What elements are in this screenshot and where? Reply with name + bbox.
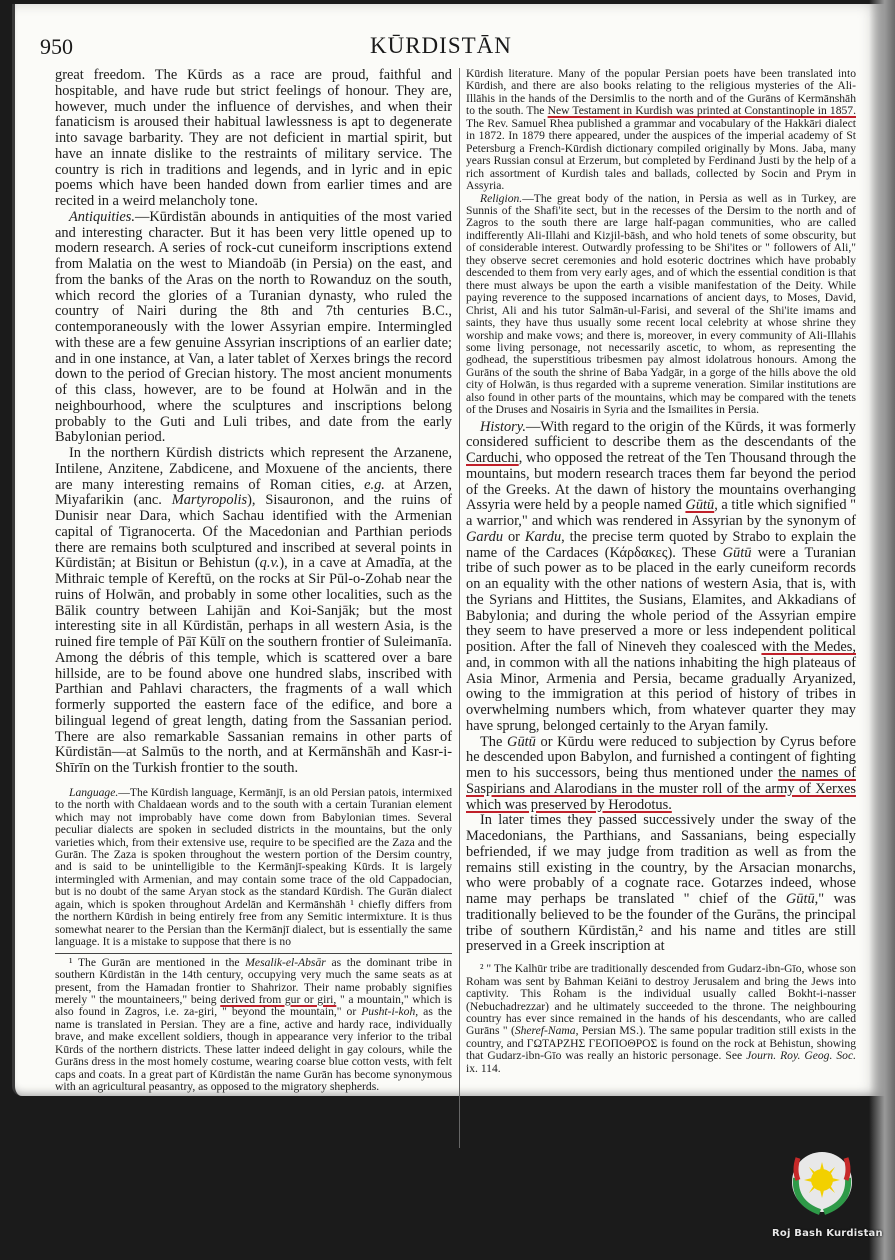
right-column: Kūrdish literature. Many of the popular … bbox=[466, 68, 856, 1075]
highlighted-phrase: with the Medes, bbox=[761, 639, 856, 655]
paragraph-northern-districts: In the northern Kūrdish districts which … bbox=[55, 446, 452, 777]
highlighted-phrase: derived from gur or giri, bbox=[220, 993, 336, 1006]
left-column: great freedom. The Kūrds as a race are p… bbox=[55, 68, 452, 1094]
watermark-text: Roj Bash Kurdistan bbox=[772, 1228, 883, 1239]
page-edge-shadow bbox=[869, 0, 895, 1260]
section-heading-language: Language. bbox=[69, 786, 118, 799]
page-number: 950 bbox=[40, 34, 73, 60]
section-heading-antiquities: Antiquities. bbox=[69, 209, 135, 225]
kurdistan-sun-emblem-icon bbox=[786, 1148, 858, 1220]
footnote-rule bbox=[55, 953, 452, 954]
highlighted-phrase: Carduchi bbox=[466, 450, 519, 466]
paragraph-character: great freedom. The Kūrds as a race are p… bbox=[55, 68, 452, 210]
paragraph-religion: Religion.—The great body of the nation, … bbox=[466, 193, 856, 417]
paragraph-language: Language.—The Kūrdish language, Kermānjī… bbox=[55, 787, 452, 949]
highlighted-phrase: Gūtū bbox=[685, 497, 714, 513]
paragraph-cyrus: The Gūtū or Kūrdu were reduced to subjec… bbox=[466, 735, 856, 814]
section-heading-religion: Religion. bbox=[480, 192, 522, 205]
paragraph-literature: Kūrdish literature. Many of the popular … bbox=[466, 68, 856, 193]
paragraph-history: History.—With regard to the origin of th… bbox=[466, 420, 856, 735]
paragraph-antiquities: Antiquities.—Kūrdistān abounds in antiqu… bbox=[55, 210, 452, 446]
column-divider bbox=[459, 68, 460, 1148]
running-head: KŪRDISTĀN bbox=[370, 33, 512, 59]
highlighted-phrase: New Testament in Kurdish was printed at … bbox=[548, 104, 856, 117]
section-heading-history: History. bbox=[480, 419, 526, 435]
paragraph-later-times: In later times they passed successively … bbox=[466, 813, 856, 955]
footnote-1: ¹ The Gurān are mentioned in the Mesalik… bbox=[55, 957, 452, 1094]
footnote-2: ² " The Kalhūr tribe are traditionally d… bbox=[466, 963, 856, 1075]
